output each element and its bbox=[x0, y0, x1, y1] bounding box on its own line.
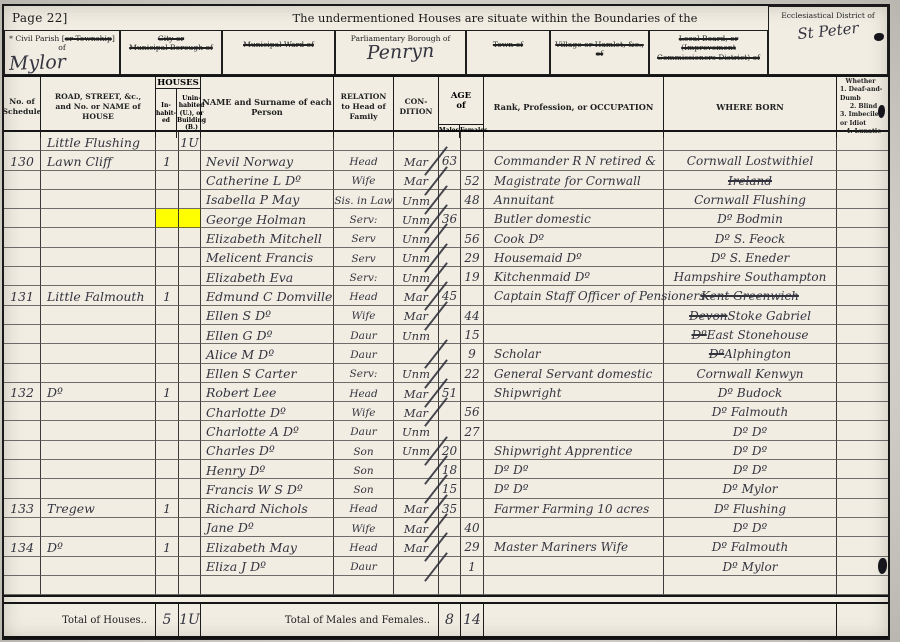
table-row: Catherine L DºWifeMar52Magistrate for Co… bbox=[4, 171, 888, 190]
table-row: Charlotte A DºDaurUnm27Dº Dº bbox=[4, 421, 888, 440]
occupation-cell: Commander R N retired & bbox=[484, 151, 664, 170]
uninhabited-cell bbox=[179, 248, 201, 267]
born-cell: Dº Falmouth bbox=[664, 537, 837, 556]
relation-cell bbox=[334, 576, 394, 595]
relation-cell bbox=[334, 132, 394, 151]
name-cell: Ellen S Dº bbox=[201, 306, 334, 325]
born-cell: Dº East Stonehouse bbox=[664, 325, 837, 344]
schedule-cell: 131 bbox=[4, 286, 41, 305]
name-cell: Richard Nichols bbox=[201, 499, 334, 518]
relation-cell: Wife bbox=[334, 402, 394, 421]
table-row: 131Little Falmouth1Edmund C DomvilleHead… bbox=[4, 286, 888, 305]
road-cell bbox=[41, 576, 156, 595]
total-houses-label: Total of Houses.. bbox=[4, 604, 156, 636]
name-cell: Melicent Francis bbox=[201, 248, 334, 267]
relation-cell: Son bbox=[334, 479, 394, 498]
occupation-cell: Dº Dº bbox=[484, 479, 664, 498]
relation-cell: Serv bbox=[334, 248, 394, 267]
schedule-cell: 130 bbox=[4, 151, 41, 170]
total-houses-uninhabited: 1U bbox=[179, 604, 201, 636]
district-value-handwritten: Penryn bbox=[338, 39, 464, 65]
road-cell: Tregew bbox=[41, 499, 156, 518]
header-inhabited: In- habit- ed bbox=[156, 89, 176, 138]
age-male-cell bbox=[439, 537, 461, 556]
age-male-cell: 45 bbox=[439, 286, 461, 305]
age-male-cell bbox=[439, 402, 461, 421]
infirmity-cell bbox=[837, 479, 888, 498]
road-cell: Lawn Cliff bbox=[41, 151, 156, 170]
infirmity-cell bbox=[837, 286, 888, 305]
infirmity-cell bbox=[837, 499, 888, 518]
age-female-cell: 44 bbox=[461, 306, 484, 325]
infirmity-cell bbox=[837, 248, 888, 267]
schedule-cell: 133 bbox=[4, 499, 41, 518]
condition-cell bbox=[394, 132, 439, 151]
road-cell bbox=[41, 557, 156, 576]
uninhabited-cell bbox=[179, 344, 201, 363]
age-female-cell: 29 bbox=[461, 537, 484, 556]
infirmity-cell bbox=[837, 228, 888, 247]
condition-cell: Unm bbox=[394, 421, 439, 440]
born-cell: Dº S. Eneder bbox=[664, 248, 837, 267]
relation-cell: Head bbox=[334, 286, 394, 305]
condition-cell: Mar bbox=[394, 171, 439, 190]
name-cell: Ellen S Carter bbox=[201, 364, 334, 383]
born-cell bbox=[664, 132, 837, 151]
highlighted-uninhabited-cell bbox=[179, 209, 201, 228]
occupation-cell bbox=[484, 421, 664, 440]
header-occupation: Rank, Profession, or OCCUPATION bbox=[484, 77, 664, 138]
inhabited-cell bbox=[156, 267, 179, 286]
condition-cell bbox=[394, 344, 439, 363]
age-female-cell bbox=[461, 286, 484, 305]
name-cell: George Holman bbox=[201, 209, 334, 228]
inhabited-cell bbox=[156, 460, 179, 479]
district-label: Municipal Ward of bbox=[225, 34, 332, 49]
district-box-municipal-ward: Municipal Ward of bbox=[222, 30, 335, 75]
infirmity-cell bbox=[837, 364, 888, 383]
road-cell: Dº bbox=[41, 383, 156, 402]
occupation-cell: General Servant domestic bbox=[484, 364, 664, 383]
relation-cell: Wife bbox=[334, 171, 394, 190]
born-cell: Cornwall Lostwithiel bbox=[664, 151, 837, 170]
uninhabited-cell bbox=[179, 460, 201, 479]
condition-cell: Mar bbox=[394, 383, 439, 402]
age-male-cell bbox=[439, 171, 461, 190]
age-female-cell: 56 bbox=[461, 228, 484, 247]
age-male-cell bbox=[439, 344, 461, 363]
occupation-cell: Shipwright bbox=[484, 383, 664, 402]
relation-cell: Daur bbox=[334, 344, 394, 363]
uninhabited-cell bbox=[179, 537, 201, 556]
uninhabited-cell bbox=[179, 499, 201, 518]
name-cell: Edmund C Domville bbox=[201, 286, 334, 305]
relation-cell: Head bbox=[334, 499, 394, 518]
schedule-cell bbox=[4, 325, 41, 344]
born-cell: Dº Flushing bbox=[664, 499, 837, 518]
district-box-local-board: Local Board, or (Improvement Commissione… bbox=[649, 30, 768, 75]
uninhabited-cell bbox=[179, 228, 201, 247]
infirmity-cell bbox=[837, 537, 888, 556]
uninhabited-cell bbox=[179, 325, 201, 344]
occupation-cell: Shipwright Apprentice bbox=[484, 441, 664, 460]
uninhabited-cell bbox=[179, 190, 201, 209]
occupation-cell: Dº Dº bbox=[484, 460, 664, 479]
road-cell bbox=[41, 306, 156, 325]
totals-spacer bbox=[484, 604, 837, 636]
relation-cell: Serv: bbox=[334, 209, 394, 228]
condition-cell: Unm bbox=[394, 190, 439, 209]
born-cell: Kent Greenwich bbox=[664, 286, 837, 305]
schedule-cell bbox=[4, 402, 41, 421]
header-age-group: AGE of Males Females bbox=[439, 77, 484, 138]
occupation-cell bbox=[484, 518, 664, 537]
district-label: Town of bbox=[469, 34, 547, 49]
age-male-cell bbox=[439, 518, 461, 537]
age-female-cell: 1 bbox=[461, 557, 484, 576]
relation-cell: Daur bbox=[334, 325, 394, 344]
age-male-cell: 51 bbox=[439, 383, 461, 402]
road-cell bbox=[41, 460, 156, 479]
occupation-cell: Magistrate for Cornwall bbox=[484, 171, 664, 190]
name-cell: Isabella P May bbox=[201, 190, 334, 209]
schedule-cell bbox=[4, 306, 41, 325]
born-cell: Cornwall Flushing bbox=[664, 190, 837, 209]
district-label: City or Municipal Borough of bbox=[123, 34, 219, 53]
condition-cell: Mar bbox=[394, 402, 439, 421]
road-cell: Little Flushing bbox=[41, 132, 156, 151]
condition-cell: Mar bbox=[394, 286, 439, 305]
condition-cell: Unm bbox=[394, 325, 439, 344]
age-male-cell: 35 bbox=[439, 499, 461, 518]
schedule-cell bbox=[4, 479, 41, 498]
uninhabited-cell bbox=[179, 267, 201, 286]
occupation-cell: Master Mariners Wife bbox=[484, 537, 664, 556]
age-female-cell bbox=[461, 441, 484, 460]
condition-cell: Mar bbox=[394, 537, 439, 556]
sheet-header: Page 22] The undermentioned Houses are s… bbox=[4, 6, 888, 75]
table-row: Ellen S DºWifeMar44Devon Stoke Gabriel bbox=[4, 306, 888, 325]
uninhabited-cell bbox=[179, 518, 201, 537]
header-houses: HOUSES bbox=[156, 77, 200, 89]
census-sheet: Page 22] The undermentioned Houses are s… bbox=[2, 4, 890, 640]
table-body: Little Flushing1U130Lawn Cliff1Nevil Nor… bbox=[4, 132, 888, 597]
inhabited-cell bbox=[156, 228, 179, 247]
table-row: Jane DºWifeMar40Dº Dº bbox=[4, 518, 888, 537]
relation-cell: Sis. in Law bbox=[334, 190, 394, 209]
infirmity-cell bbox=[837, 402, 888, 421]
table-row: Francis W S DºSon15Dº DºDº Mylor bbox=[4, 479, 888, 498]
header-where-born: WHERE BORN bbox=[664, 77, 837, 138]
inhabited-cell: 1 bbox=[156, 499, 179, 518]
inhabited-cell bbox=[156, 441, 179, 460]
uninhabited-cell bbox=[179, 402, 201, 421]
table-header: No. of Schedule ROAD, STREET, &c., and N… bbox=[4, 75, 888, 132]
total-persons-label: Total of Males and Females.. bbox=[201, 604, 439, 636]
inhabited-cell bbox=[156, 190, 179, 209]
condition-cell: Mar bbox=[394, 518, 439, 537]
name-cell: Eliza J Dº bbox=[201, 557, 334, 576]
age-male-cell: 36 bbox=[439, 209, 461, 228]
age-female-cell bbox=[461, 576, 484, 595]
age-female-cell: 52 bbox=[461, 171, 484, 190]
road-cell bbox=[41, 479, 156, 498]
name-cell: Elizabeth Mitchell bbox=[201, 228, 334, 247]
header-road: ROAD, STREET, &c., and No. or NAME of HO… bbox=[41, 77, 156, 138]
district-label: Village or Hamlet, &c., of bbox=[553, 34, 646, 59]
occupation-cell: Cook Dº bbox=[484, 228, 664, 247]
age-female-cell bbox=[461, 209, 484, 228]
age-male-cell bbox=[439, 576, 461, 595]
uninhabited-cell bbox=[179, 479, 201, 498]
born-cell: Dº Dº bbox=[664, 460, 837, 479]
age-female-cell: 48 bbox=[461, 190, 484, 209]
uninhabited-cell bbox=[179, 557, 201, 576]
schedule-cell bbox=[4, 576, 41, 595]
age-female-cell bbox=[461, 383, 484, 402]
table-row: 133Tregew1Richard NicholsHeadMar35Farmer… bbox=[4, 499, 888, 518]
uninhabited-cell bbox=[179, 576, 201, 595]
infirmity-cell bbox=[837, 383, 888, 402]
born-cell: Dº Dº bbox=[664, 421, 837, 440]
inhabited-cell: 1 bbox=[156, 537, 179, 556]
name-cell: Elizabeth Eva bbox=[201, 267, 334, 286]
infirmity-cell bbox=[837, 576, 888, 595]
district-box-municipal-borough: City or Municipal Borough of bbox=[120, 30, 222, 75]
header-condition: CON- DITION bbox=[394, 77, 439, 138]
born-cell bbox=[664, 576, 837, 595]
uninhabited-cell bbox=[179, 383, 201, 402]
district-label: Local Board, or (Improvement Commissione… bbox=[652, 34, 765, 62]
age-female-cell bbox=[461, 499, 484, 518]
highlighted-inhabited-cell bbox=[156, 209, 179, 228]
district-value-handwritten: Mylor bbox=[9, 49, 118, 75]
schedule-cell bbox=[4, 557, 41, 576]
schedule-cell bbox=[4, 209, 41, 228]
name-cell: Charlotte Dº bbox=[201, 402, 334, 421]
schedule-cell bbox=[4, 190, 41, 209]
relation-cell: Son bbox=[334, 441, 394, 460]
inhabited-cell bbox=[156, 171, 179, 190]
relation-cell: Wife bbox=[334, 518, 394, 537]
occupation-cell: Butler domestic bbox=[484, 209, 664, 228]
totals-infirmity-spacer bbox=[837, 604, 888, 636]
schedule-cell bbox=[4, 460, 41, 479]
age-male-cell: 20 bbox=[439, 441, 461, 460]
infirmity-cell bbox=[837, 151, 888, 170]
inhabited-cell bbox=[156, 364, 179, 383]
condition-cell: Mar bbox=[394, 151, 439, 170]
schedule-cell bbox=[4, 267, 41, 286]
road-cell bbox=[41, 267, 156, 286]
schedule-cell bbox=[4, 441, 41, 460]
name-cell bbox=[201, 132, 334, 151]
road-cell bbox=[41, 248, 156, 267]
born-cell: Dº Alphington bbox=[664, 344, 837, 363]
born-cell: Cornwall Kenwyn bbox=[664, 364, 837, 383]
uninhabited-cell bbox=[179, 306, 201, 325]
inhabited-cell bbox=[156, 248, 179, 267]
age-male-cell: 18 bbox=[439, 460, 461, 479]
table-row: Little Flushing1U bbox=[4, 132, 888, 151]
header-relation: RELATION to Head of Family bbox=[334, 77, 394, 138]
condition-cell: Unm bbox=[394, 441, 439, 460]
name-cell: Alice M Dº bbox=[201, 344, 334, 363]
occupation-cell bbox=[484, 576, 664, 595]
condition-cell: Unm bbox=[394, 267, 439, 286]
schedule-cell bbox=[4, 344, 41, 363]
inhabited-cell bbox=[156, 325, 179, 344]
age-male-cell bbox=[439, 190, 461, 209]
schedule-cell bbox=[4, 421, 41, 440]
inhabited-cell bbox=[156, 479, 179, 498]
relation-cell: Daur bbox=[334, 557, 394, 576]
occupation-cell: Scholar bbox=[484, 344, 664, 363]
born-cell: Dº Dº bbox=[664, 441, 837, 460]
relation-cell: Son bbox=[334, 460, 394, 479]
uninhabited-cell bbox=[179, 286, 201, 305]
occupation-cell bbox=[484, 557, 664, 576]
name-cell: Nevil Norway bbox=[201, 151, 334, 170]
road-cell bbox=[41, 190, 156, 209]
condition-cell bbox=[394, 576, 439, 595]
infirmity-cell bbox=[837, 441, 888, 460]
schedule-cell bbox=[4, 132, 41, 151]
inhabited-cell: 1 bbox=[156, 286, 179, 305]
condition-cell: Unm bbox=[394, 248, 439, 267]
condition-cell: Unm bbox=[394, 228, 439, 247]
table-row: Ellen G DºDaurUnm15Dº East Stonehouse bbox=[4, 325, 888, 344]
table-row: George HolmanServ:Unm36Butler domesticDº… bbox=[4, 209, 888, 228]
occupation-cell: Farmer Farming 10 acres bbox=[484, 499, 664, 518]
condition-cell bbox=[394, 479, 439, 498]
name-cell: Robert Lee bbox=[201, 383, 334, 402]
schedule-cell: 134 bbox=[4, 537, 41, 556]
name-cell: Charles Dº bbox=[201, 441, 334, 460]
inhabited-cell bbox=[156, 344, 179, 363]
age-male-cell bbox=[439, 421, 461, 440]
condition-cell: Unm bbox=[394, 209, 439, 228]
age-male-cell: 15 bbox=[439, 479, 461, 498]
road-cell: Little Falmouth bbox=[41, 286, 156, 305]
name-cell: Elizabeth May bbox=[201, 537, 334, 556]
table-row: Melicent FrancisServUnm29Housemaid DºDº … bbox=[4, 248, 888, 267]
age-female-cell bbox=[461, 479, 484, 498]
table-row: Elizabeth MitchellServUnm56Cook DºDº S. … bbox=[4, 228, 888, 247]
age-female-cell: 15 bbox=[461, 325, 484, 344]
age-male-cell bbox=[439, 228, 461, 247]
district-box-ecclesiastical: Ecclesiastical District of St Peter bbox=[768, 6, 888, 75]
condition-cell: Unm bbox=[394, 364, 439, 383]
district-box-town: Town of bbox=[466, 30, 550, 75]
table-row: Charles DºSonUnm20Shipwright ApprenticeD… bbox=[4, 441, 888, 460]
condition-cell bbox=[394, 460, 439, 479]
infirmity-cell bbox=[837, 344, 888, 363]
uninhabited-cell bbox=[179, 364, 201, 383]
age-female-cell: 22 bbox=[461, 364, 484, 383]
relation-cell: Head bbox=[334, 383, 394, 402]
inhabited-cell bbox=[156, 518, 179, 537]
schedule-cell bbox=[4, 171, 41, 190]
total-females: 14 bbox=[461, 604, 484, 636]
road-cell bbox=[41, 171, 156, 190]
age-male-cell: 63 bbox=[439, 151, 461, 170]
road-cell bbox=[41, 441, 156, 460]
inhabited-cell: 1 bbox=[156, 383, 179, 402]
born-cell: Dº S. Feock bbox=[664, 228, 837, 247]
born-cell: Dº Mylor bbox=[664, 479, 837, 498]
inhabited-cell bbox=[156, 306, 179, 325]
road-cell bbox=[41, 402, 156, 421]
infirmity-cell bbox=[837, 190, 888, 209]
age-female-cell: 19 bbox=[461, 267, 484, 286]
table-row: Isabella P MaySis. in LawUnm48AnnuitantC… bbox=[4, 190, 888, 209]
born-cell: Devon Stoke Gabriel bbox=[664, 306, 837, 325]
infirmity-cell bbox=[837, 132, 888, 151]
table-row: Alice M DºDaur9ScholarDº Alphington bbox=[4, 344, 888, 363]
age-male-cell bbox=[439, 132, 461, 151]
schedule-cell bbox=[4, 364, 41, 383]
district-box-parliamentary-borough: Parliamentary Borough of Penryn bbox=[335, 30, 466, 75]
age-female-cell bbox=[461, 151, 484, 170]
name-cell: Catherine L Dº bbox=[201, 171, 334, 190]
total-houses-inhabited: 5 bbox=[156, 604, 179, 636]
uninhabited-cell bbox=[179, 151, 201, 170]
road-cell bbox=[41, 209, 156, 228]
age-female-cell: 56 bbox=[461, 402, 484, 421]
born-cell: Dº Dº bbox=[664, 518, 837, 537]
age-female-cell: 9 bbox=[461, 344, 484, 363]
infirmity-cell bbox=[837, 306, 888, 325]
road-cell: Dº bbox=[41, 537, 156, 556]
infirmity-cell bbox=[837, 171, 888, 190]
born-cell: Ireland bbox=[664, 171, 837, 190]
header-age: AGE of bbox=[439, 77, 483, 124]
road-cell bbox=[41, 325, 156, 344]
table-row: Elizabeth EvaServ:Unm19Kitchenmaid DºHam… bbox=[4, 267, 888, 286]
age-female-cell: 27 bbox=[461, 421, 484, 440]
name-cell: Henry Dº bbox=[201, 460, 334, 479]
table-row bbox=[4, 576, 888, 595]
infirmity-cell bbox=[837, 421, 888, 440]
born-cell: Hampshire Southampton bbox=[664, 267, 837, 286]
inhabited-cell bbox=[156, 576, 179, 595]
occupation-cell bbox=[484, 306, 664, 325]
table-row: 134Dº1Elizabeth MayHeadMar29Master Marin… bbox=[4, 537, 888, 556]
age-male-cell bbox=[439, 325, 461, 344]
header-houses-group: HOUSES In- habit- ed Unin- habited (U.),… bbox=[156, 77, 201, 138]
relation-cell: Daur bbox=[334, 421, 394, 440]
age-male-cell bbox=[439, 364, 461, 383]
condition-cell: Mar bbox=[394, 499, 439, 518]
inhabited-cell bbox=[156, 421, 179, 440]
infirmity-cell bbox=[837, 209, 888, 228]
table-row: Charlotte DºWifeMar56Dº Falmouth bbox=[4, 402, 888, 421]
age-female-cell bbox=[461, 132, 484, 151]
uninhabited-cell bbox=[179, 421, 201, 440]
table-row: 130Lawn Cliff1Nevil NorwayHeadMar63Comma… bbox=[4, 151, 888, 170]
totals-row: Total of Houses.. 5 1U Total of Males an… bbox=[4, 602, 888, 639]
name-cell: Ellen G Dº bbox=[201, 325, 334, 344]
born-cell: Dº Budock bbox=[664, 383, 837, 402]
inhabited-cell bbox=[156, 557, 179, 576]
road-cell bbox=[41, 344, 156, 363]
age-male-cell bbox=[439, 267, 461, 286]
condition-cell: Mar bbox=[394, 306, 439, 325]
table-row: Ellen S CarterServ:Unm22General Servant … bbox=[4, 364, 888, 383]
name-cell: Francis W S Dº bbox=[201, 479, 334, 498]
relation-cell: Serv: bbox=[334, 267, 394, 286]
